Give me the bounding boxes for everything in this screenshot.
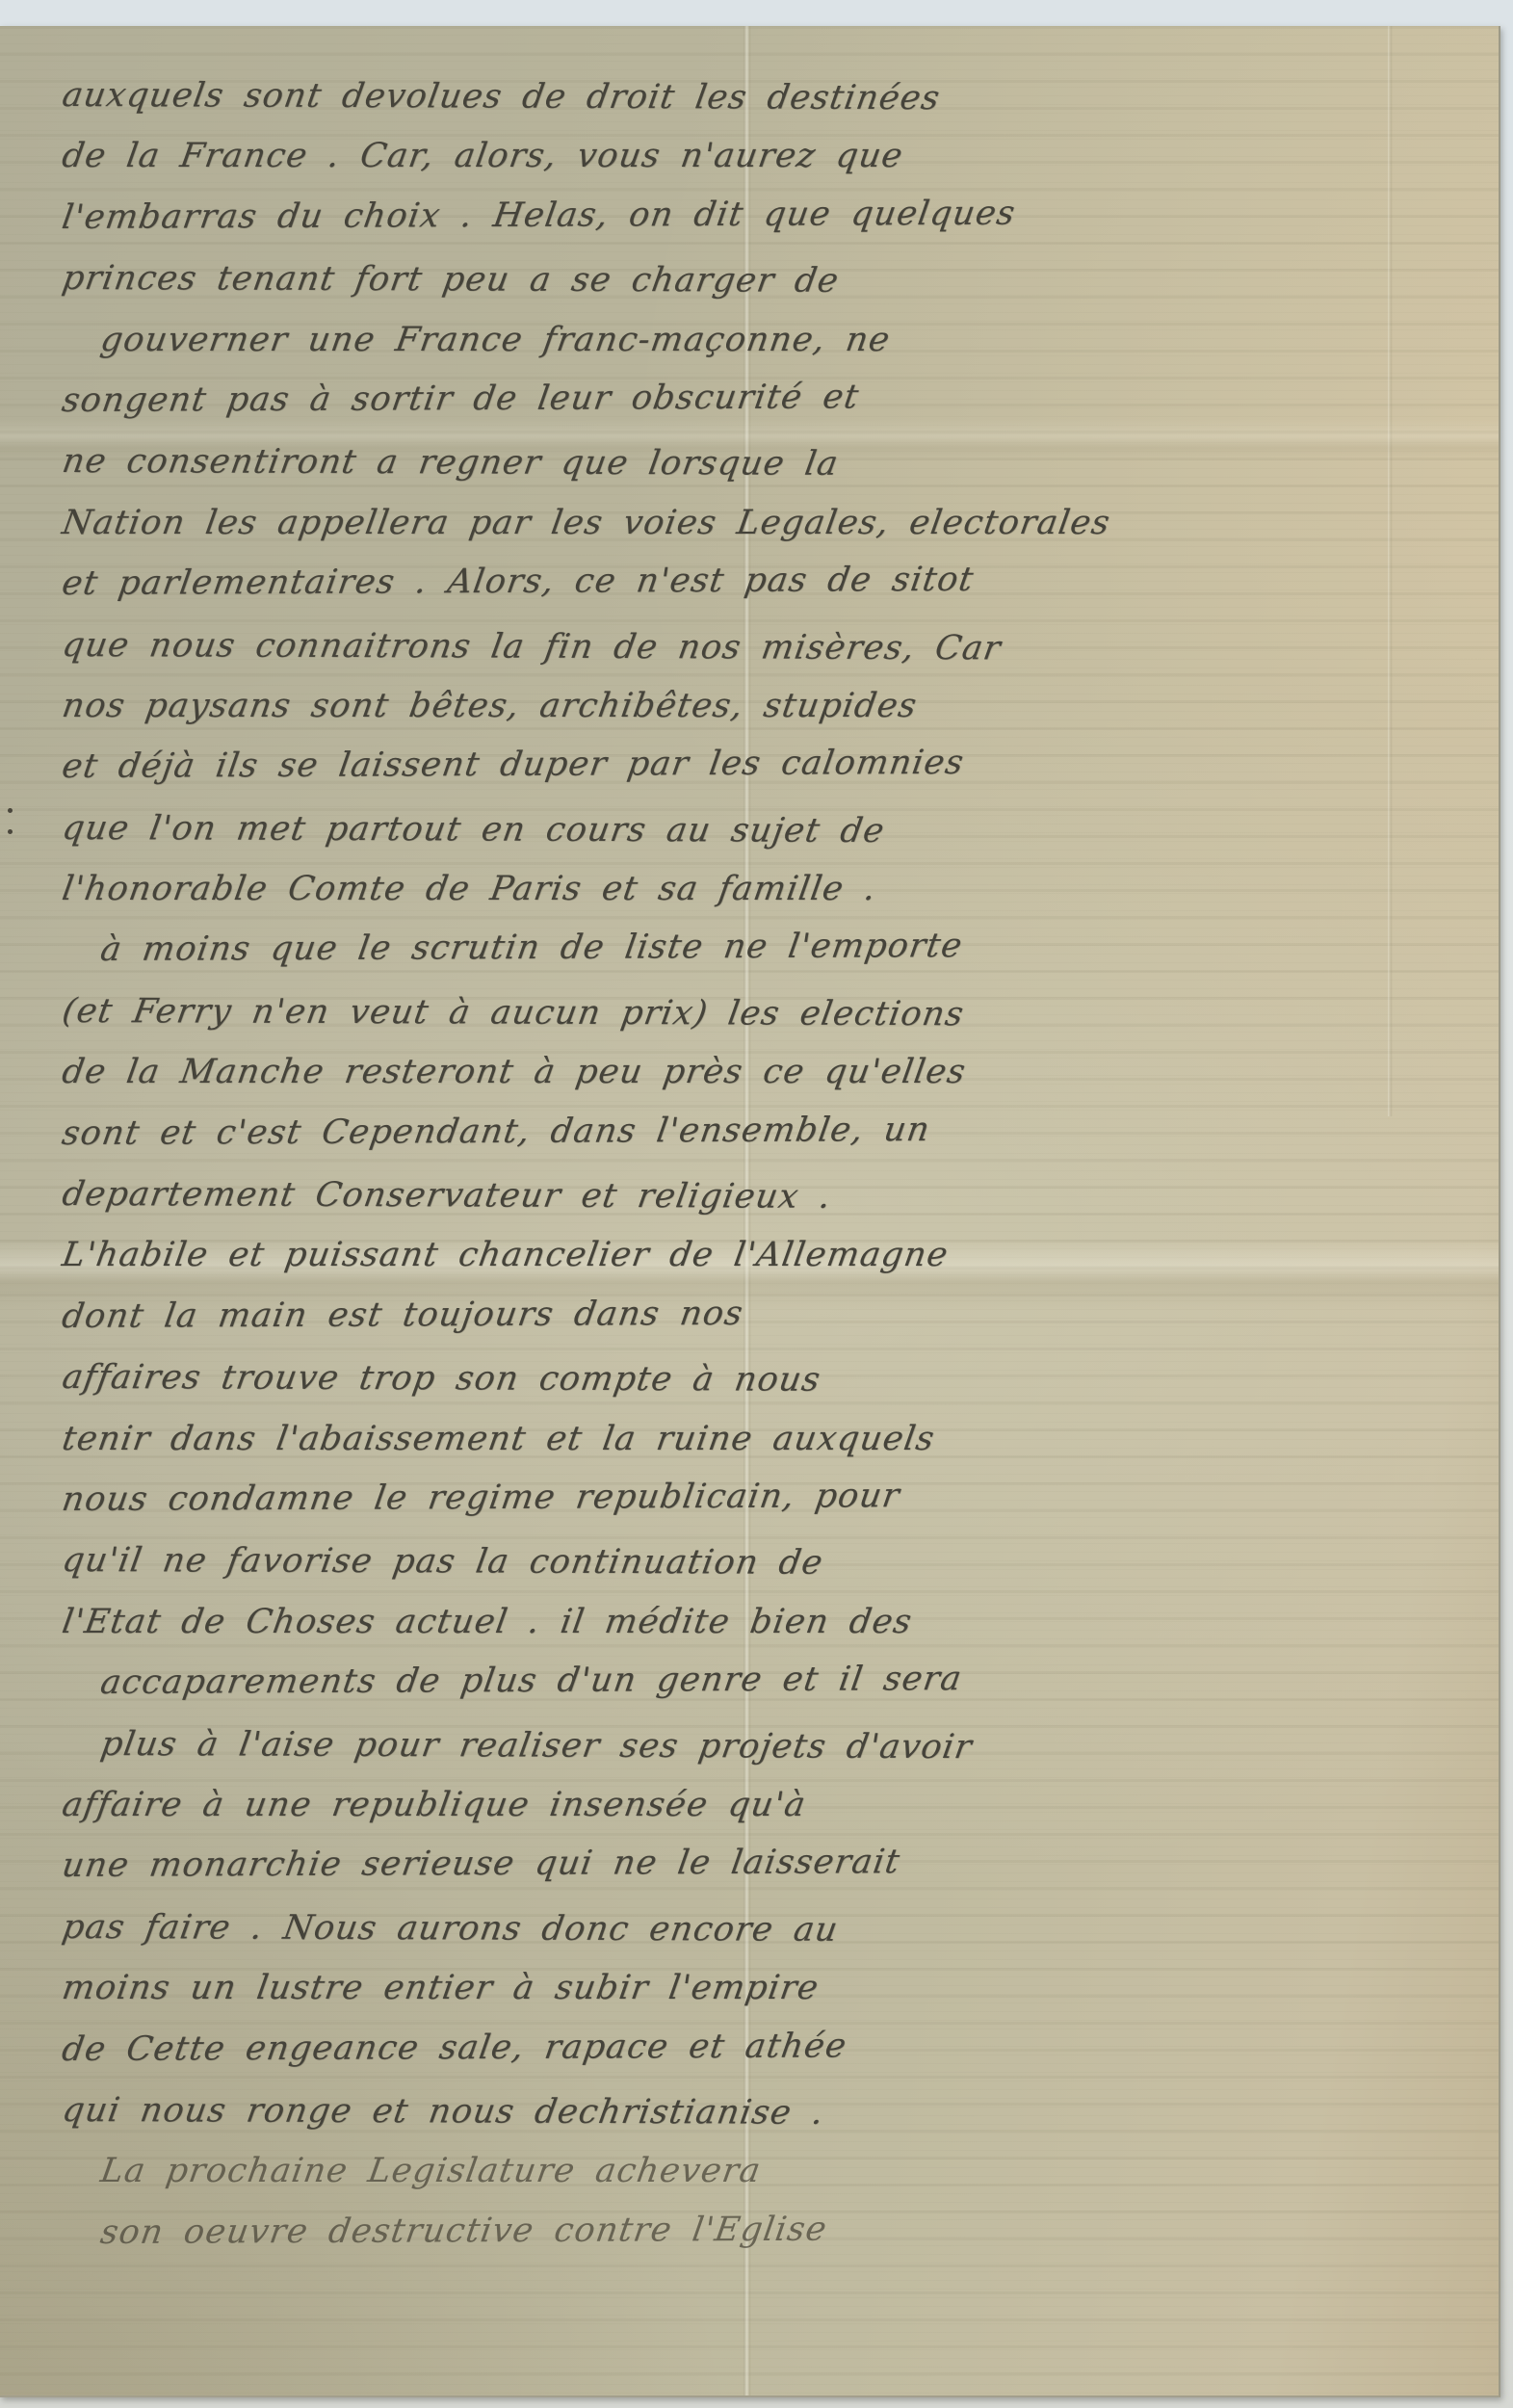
handwritten-line: que nous connaitrons la fin de nos misèr…: [56, 626, 1469, 692]
handwritten-line: (et Ferry n'en veut à aucun prix) les el…: [56, 992, 1469, 1058]
handwritten-line: Nation les appellera par les voies Legal…: [56, 504, 1470, 564]
handwritten-line: son oeuvre destructive contre l'Eglise: [94, 2207, 1471, 2274]
handwritten-line: qui nous ronge et nous dechristianise .: [56, 2091, 1469, 2157]
handwritten-line: departement Conservateur et religieux .: [56, 1175, 1469, 1241]
handwritten-line: princes tenant fort peu a se charger de: [56, 259, 1469, 325]
handwritten-line: de la France . Car, alors, vous n'aurez …: [56, 137, 1470, 197]
handwritten-line: nos paysans sont bêtes, archibêtes, stup…: [56, 687, 1470, 747]
margin-ink-dots: [6, 808, 15, 841]
handwritten-line: plus à l'aise pour realiser ses projets …: [94, 1725, 1469, 1791]
handwritten-line: tenir dans l'abaissement et la ruine aux…: [56, 1420, 1470, 1480]
handwritten-line: à moins que le scrutin de liste ne l'emp…: [94, 925, 1471, 992]
handwritten-line: une monarchie serieuse qui ne le laisser…: [56, 1841, 1471, 1908]
handwritten-line: accaparements de plus d'un genre et il s…: [94, 1658, 1471, 1725]
handwritten-line: qu'il ne favorise pas la continuation de: [56, 1541, 1469, 1607]
handwritten-line: que l'on met partout en cours au sujet d…: [56, 809, 1469, 875]
handwritten-line: La prochaine Legislature achevera: [94, 2152, 1470, 2212]
handwritten-line: nous condamne le regime republicain, pou…: [56, 1475, 1471, 1542]
handwritten-line: moins un lustre entier à subir l'empire: [56, 1969, 1470, 2029]
handwritten-line: L'habile et puissant chancelier de l'All…: [56, 1236, 1470, 1296]
letter-body: auxquels sont devolues de droit les dest…: [56, 76, 1460, 2274]
handwritten-line: sont et c'est Cependant, dans l'ensemble…: [56, 1108, 1471, 1175]
handwritten-line: et déjà ils se laissent duper par les ca…: [56, 742, 1471, 809]
handwritten-line: de Cette engeance sale, rapace et athée: [56, 2024, 1471, 2091]
handwritten-line: affaire à une republique insensée qu'à: [56, 1786, 1470, 1846]
handwritten-line: auxquels sont devolues de droit les dest…: [56, 76, 1469, 142]
handwritten-line: ne consentiront a regner que lorsque la: [56, 442, 1469, 508]
handwritten-line: l'honorable Comte de Paris et sa famille…: [56, 870, 1470, 930]
handwritten-line: l'Etat de Choses actuel . il médite bien…: [56, 1603, 1470, 1663]
handwritten-line: pas faire . Nous aurons donc encore au: [56, 1908, 1469, 1974]
handwritten-line: l'embarras du choix . Helas, on dit que …: [56, 192, 1471, 259]
handwritten-line: songent pas à sortir de leur obscurité e…: [56, 376, 1471, 443]
handwritten-line: affaires trouve trop son compte à nous: [56, 1358, 1469, 1424]
letter-page: auxquels sont devolues de droit les dest…: [0, 26, 1500, 2397]
handwritten-line: de la Manche resteront à peu près ce qu'…: [56, 1053, 1470, 1113]
photo-background: auxquels sont devolues de droit les dest…: [0, 0, 1513, 2408]
handwritten-line: dont la main est toujours dans nos: [56, 1291, 1471, 1358]
handwritten-line: gouverner une France franc-maçonne, ne: [94, 321, 1470, 381]
handwritten-line: et parlementaires . Alors, ce n'est pas …: [56, 559, 1471, 626]
